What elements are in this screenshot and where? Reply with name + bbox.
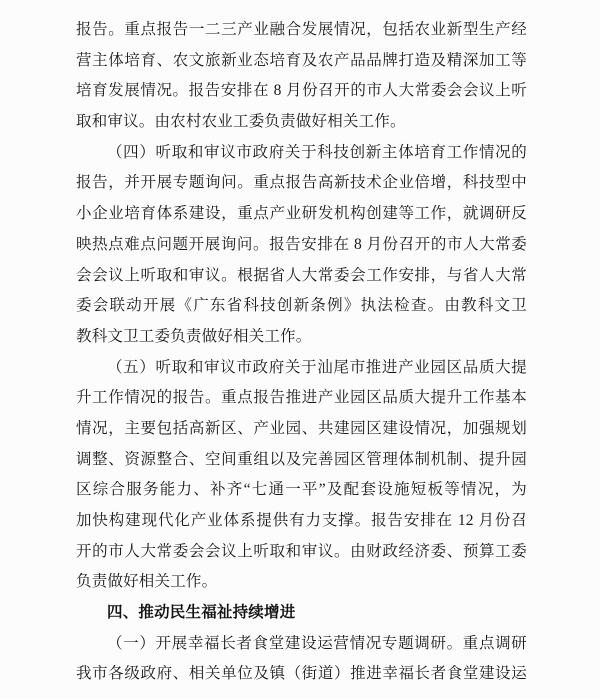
document-line: 调整、资源整合、空间重组以及完善园区管理体制机制、提升园 — [76, 445, 527, 476]
document-line: 委会联动开展《广东省科技创新条例》执法检查。由教科文卫委、 — [76, 291, 527, 322]
document-page: 报告。重点报告一二三产业融合发展情况，包括农业新型生产经 营主体培育、农文旅新业… — [0, 0, 600, 699]
document-line: 小企业培育体系建设，重点产业研发机构创建等工作，就调研反 — [76, 199, 527, 230]
document-line: 取和审议。由农村农业工委负责做好相关工作。 — [76, 107, 527, 138]
document-line: 营主体培育、农文旅新业态培育及农产品品牌打造及精深加工等 — [76, 46, 527, 77]
document-line: 我市各级政府、相关单位及镇（街道）推进幸福长者食堂建设运 — [76, 659, 527, 690]
section-heading: 四、推动民生福祉持续增进 — [76, 598, 527, 629]
document-line: 会会议上听取和审议。根据省人大常委会工作安排，与省人大常 — [76, 261, 527, 292]
document-line: 开的市人大常委会会议上听取和审议。由财政经济委、预算工委 — [76, 537, 527, 568]
document-line: 报告，并开展专题询问。重点报告高新技术企业倍增，科技型中 — [76, 168, 527, 199]
document-line-item-1-start: （一）开展幸福长者食堂建设运营情况专题调研。重点调研 — [76, 629, 527, 660]
document-line: 负责做好相关工作。 — [76, 567, 527, 598]
document-line: 加快构建现代化产业体系提供有力支撑。报告安排在 12 月份召 — [76, 506, 527, 537]
document-line: 区综合服务能力、补齐“七通一平”及配套设施短板等情况，为 — [76, 475, 527, 506]
document-line: 情况，主要包括高新区、产业园、共建园区建设情况，加强规划 — [76, 414, 527, 445]
document-line: 升工作情况的报告。重点报告推进产业园区品质大提升工作基本 — [76, 383, 527, 414]
document-line: 培育发展情况。报告安排在 8 月份召开的市人大常委会会议上听 — [76, 76, 527, 107]
document-line: 报告。重点报告一二三产业融合发展情况，包括农业新型生产经 — [76, 15, 527, 46]
document-line: 教科文卫工委负责做好相关工作。 — [76, 322, 527, 353]
document-line-item-4-start: （四）听取和审议市政府关于科技创新主体培育工作情况的 — [76, 138, 527, 169]
document-line: 映热点难点问题开展询问。报告安排在 8 月份召开的市人大常委 — [76, 230, 527, 261]
document-line-item-5-start: （五）听取和审议市政府关于汕尾市推进产业园区品质大提 — [76, 353, 527, 384]
